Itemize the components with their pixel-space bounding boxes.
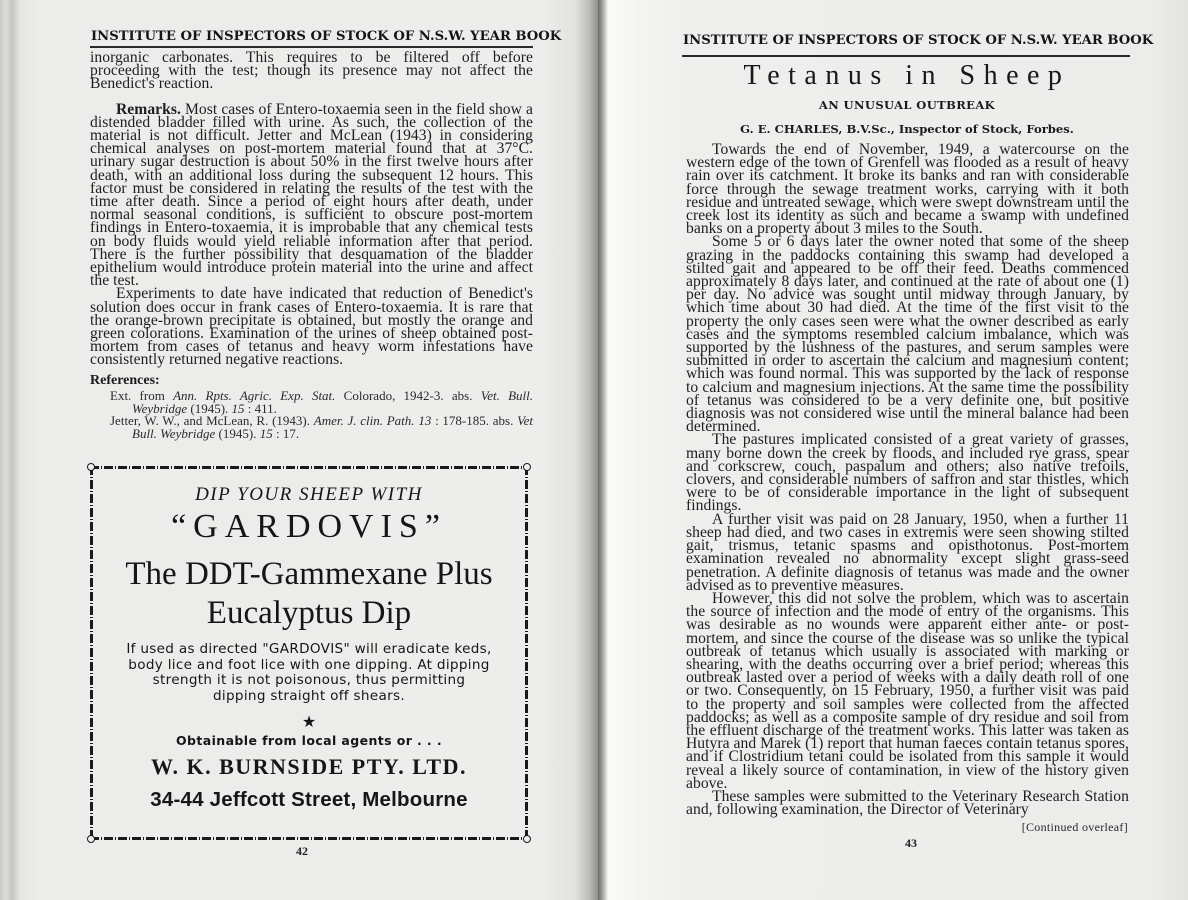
paragraph: A further visit was paid on 28 January, … <box>686 513 1129 592</box>
paragraph: These samples were submitted to the Vete… <box>686 790 1129 816</box>
paragraph: Experiments to date have indicated that … <box>90 287 533 366</box>
references-list: Ext. from Ann. Rpts. Agric. Exp. Stat. C… <box>110 390 533 440</box>
ad-brand: “GARDOVIS” <box>90 508 528 546</box>
ad-address: 34-44 Jeffcott Street, Melbourne <box>90 788 528 812</box>
paragraph: However, this did not solve the problem,… <box>686 592 1129 790</box>
continued-note: [Continued overleaf] <box>1022 820 1128 835</box>
reference-item: Jetter, W. W., and McLean, R. (1943). Am… <box>110 415 533 440</box>
page-number-left: 42 <box>296 844 308 859</box>
running-head-right: INSTITUTE OF INSPECTORS OF STOCK OF N.S.… <box>683 33 1153 48</box>
right-body-text: Towards the end of November, 1949, a wat… <box>686 143 1129 816</box>
references-title: References: <box>90 373 160 389</box>
ad-obtainable: Obtainable from local agents or . . . <box>90 733 528 748</box>
ad-headline: DIP YOUR SHEEP WITH <box>90 484 528 506</box>
paragraph: Towards the end of November, 1949, a wat… <box>686 143 1129 235</box>
header-rule-left <box>90 46 533 48</box>
ad-product-line-2: Eucalyptus Dip <box>90 595 528 632</box>
ad-company: W. K. BURNSIDE PTY. LTD. <box>90 754 528 780</box>
corner-ornament-icon <box>87 463 95 471</box>
article-subtitle: AN UNUSUAL OUTBREAK <box>682 98 1132 112</box>
star-icon: ★ <box>90 712 528 731</box>
paragraph: The pastures implicated consisted of a g… <box>686 433 1129 512</box>
article-title: Tetanus in Sheep <box>682 60 1132 92</box>
book-gutter <box>598 0 610 900</box>
ad-body-text: If used as directed "GARDOVIS" will erad… <box>90 642 528 704</box>
article-author: G. E. CHARLES, B.V.Sc., Inspector of Sto… <box>682 122 1132 136</box>
corner-ornament-icon <box>523 463 531 471</box>
corner-ornament-icon <box>523 835 531 843</box>
paragraph: Some 5 or 6 days later the owner noted t… <box>686 235 1129 433</box>
corner-ornament-icon <box>87 835 95 843</box>
left-body-text: inorganic carbonates. This requires to b… <box>90 51 533 367</box>
reference-item: Ext. from Ann. Rpts. Agric. Exp. Stat. C… <box>110 390 533 415</box>
ad-border <box>90 466 528 469</box>
ad-border <box>90 837 528 840</box>
gardovis-advertisement: DIP YOUR SHEEP WITH “GARDOVIS” The DDT-G… <box>90 462 528 842</box>
book-spread: INSTITUTE OF INSPECTORS OF STOCK OF N.S.… <box>0 0 1188 900</box>
header-rule-right <box>682 55 1130 57</box>
ad-product-line-1: The DDT-Gammexane Plus <box>90 556 528 593</box>
page-number-right: 43 <box>905 836 917 851</box>
paragraph-remarks: Remarks. Most cases of Entero-toxaemia s… <box>90 103 533 288</box>
running-head-left: INSTITUTE OF INSPECTORS OF STOCK OF N.S.… <box>91 29 561 44</box>
paragraph: inorganic carbonates. This requires to b… <box>90 51 533 91</box>
